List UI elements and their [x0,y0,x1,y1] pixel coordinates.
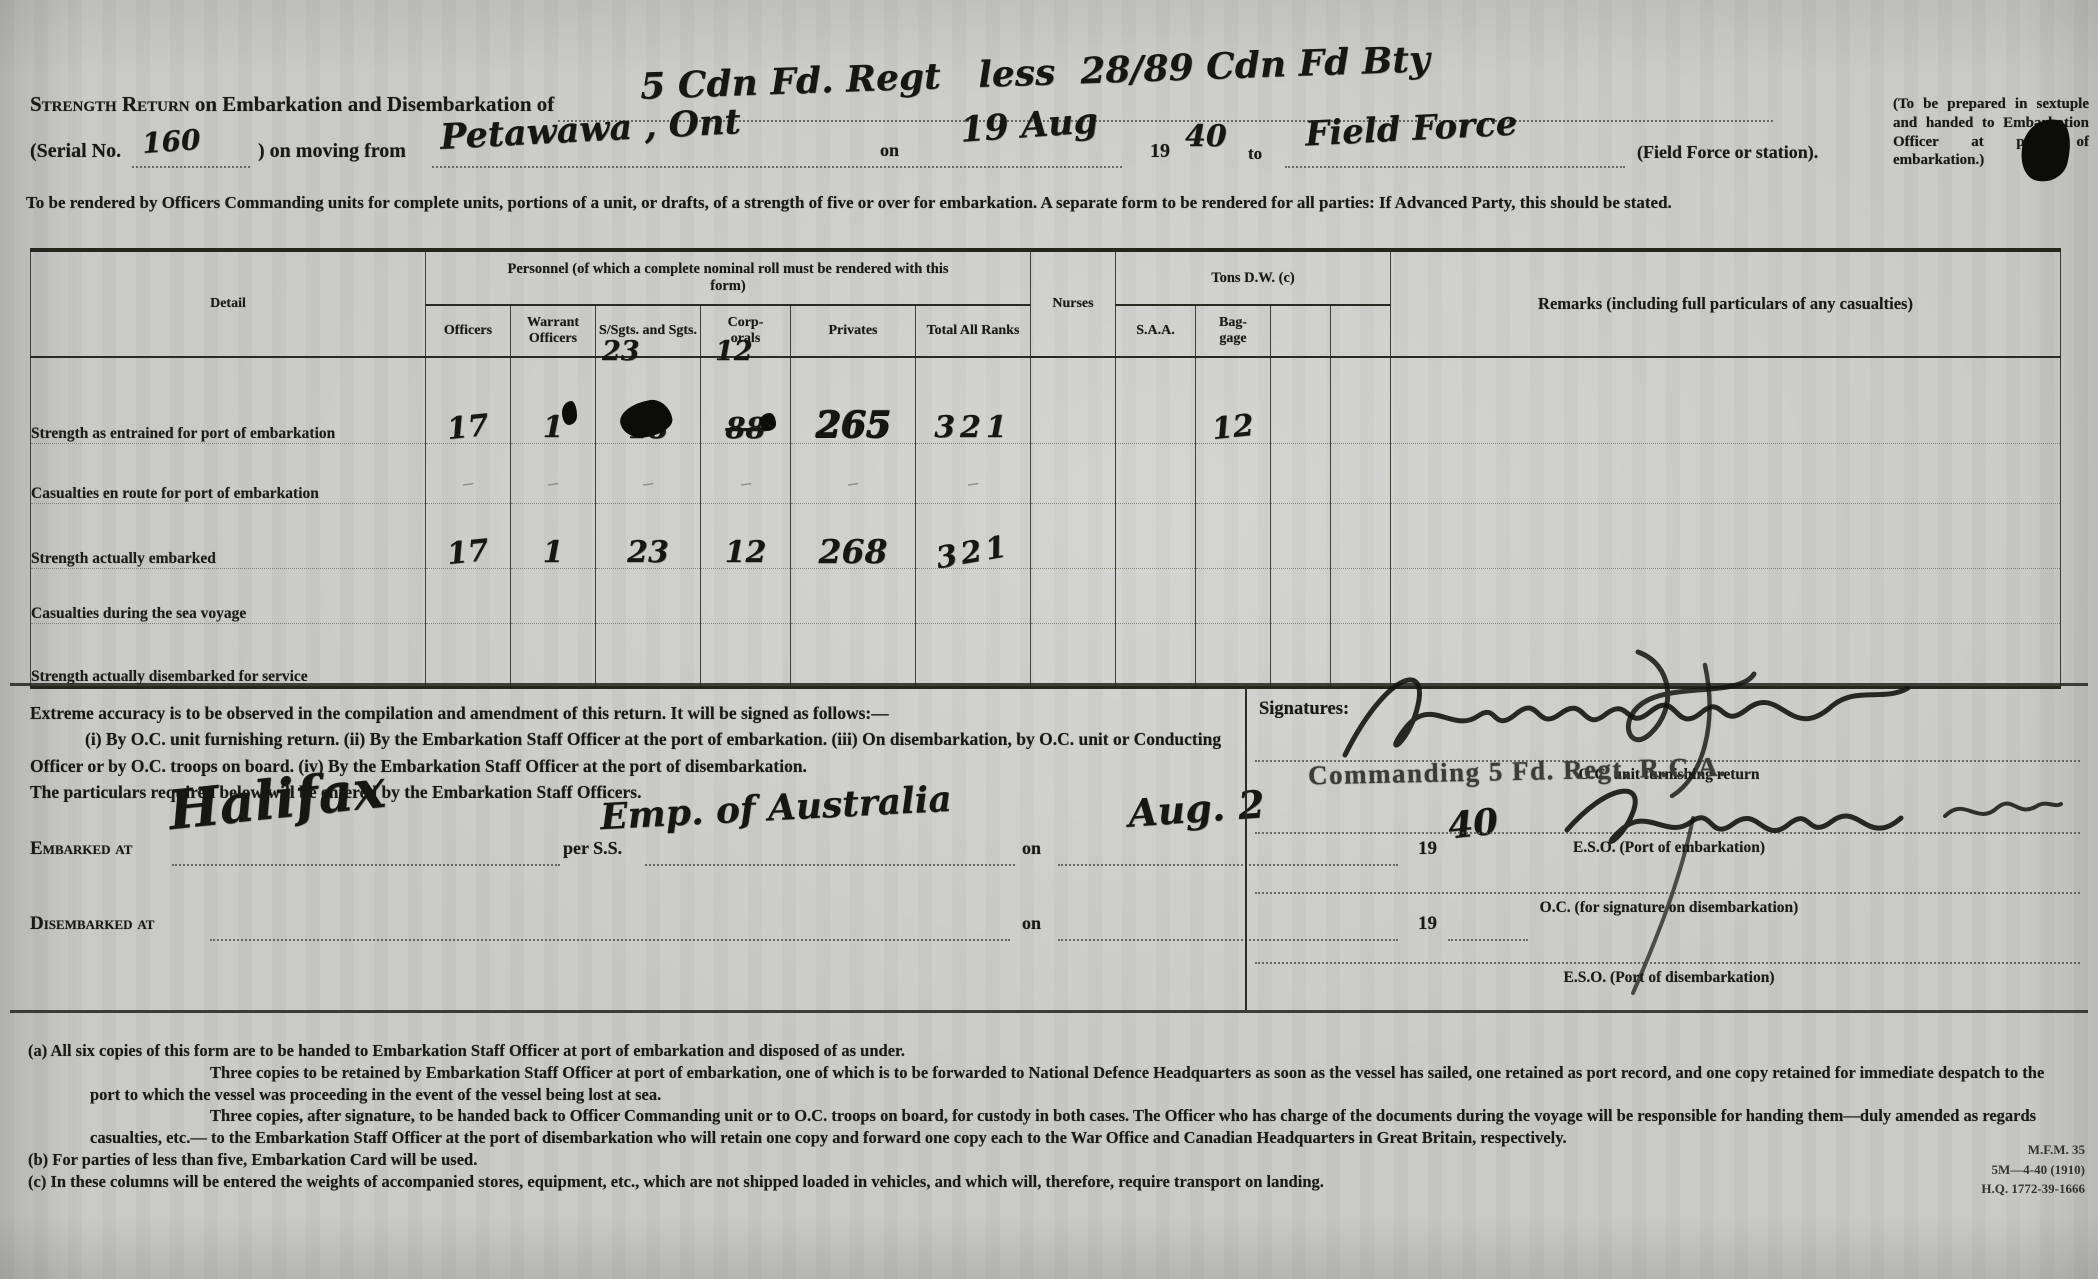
field-force-or-station-note: (Field Force or station). [1637,142,1818,163]
accuracy-line1: Extreme accuracy is to be observed in th… [30,700,1225,726]
cell-saa [1116,503,1196,568]
footnotes: (a) All six copies of this form are to b… [28,1040,2073,1192]
cell-warrant: 1 [511,503,596,568]
cell-baggage [1196,623,1271,687]
cell-nurses [1031,623,1116,687]
ink-blot-warrant [562,401,577,425]
cell-privates: – [791,443,916,503]
col-header-remarks: Remarks (including full particulars of a… [1391,250,2061,357]
cell-total: – [916,443,1031,503]
cell-blank-2 [1331,443,1391,503]
cell-privates [791,568,916,623]
cell-total [916,623,1031,687]
form-title: Strength Return on Embarkation and Disem… [30,92,554,117]
destination-handwriting: Field Force [1304,106,1518,151]
serial-handwriting: 160 [141,126,201,158]
cell-corporals [701,568,791,623]
cell-officers: – [426,443,511,503]
cell-corporals: 12 [701,503,791,568]
row-label: Casualties en route for port of embarkat… [31,443,426,503]
note-b: (b) For parties of less than five, Embar… [28,1149,2073,1171]
fill-line-embarked-at [172,864,560,866]
table-row-embarked: Strength actually embarked 17 1 23 12 26… [31,503,2061,568]
table-row-casualties-en-route: Casualties en route for port of embarkat… [31,443,2061,503]
crossed-out-value: 88 [725,411,765,445]
fill-line-from [432,166,1122,168]
table-row-casualties-sea-voyage: Casualties during the sea voyage [31,568,2061,623]
cell-privates: 268 [791,503,916,568]
cell-baggage [1196,568,1271,623]
cell-ssgts: 23 [596,503,701,568]
col-header-officers: Officers [426,305,511,357]
strength-table: Detail Personnel (of which a complete no… [30,248,2061,689]
cell-warrant [511,623,596,687]
embarked-at-label: Embarked at [30,838,132,860]
fill-line-disembarked-at [210,939,1010,941]
cell-officers: 17 [426,503,511,568]
cell-corporals [701,623,791,687]
cell-ssgts: 23 18 [596,357,701,443]
cell-officers: 17 [426,357,511,443]
strength-return-form: Strength Return on Embarkation and Disem… [0,0,2098,1279]
cell-corporals: – [701,443,791,503]
cell-warrant [511,568,596,623]
col-header-warrant-officers: Warrant Officers [511,305,596,357]
form-title-rest: on Embarkation and Disembarkation of [195,92,554,116]
cell-blank-2 [1331,357,1391,443]
signature-line-oc2 [1255,892,2080,894]
cell-nurses [1031,568,1116,623]
cell-blank-1 [1271,357,1331,443]
cell-saa [1116,443,1196,503]
cell-saa [1116,568,1196,623]
cell-ssgts: – [596,443,701,503]
rule-above-notes [10,1010,2088,1013]
cell-nurses [1031,503,1116,568]
cell-warrant: 1 [511,357,596,443]
strength-table-wrap: Detail Personnel (of which a complete no… [30,248,2061,689]
table-row-entrained: Strength as entrained for port of embark… [31,357,2061,443]
corrected-value: 12 [715,338,753,365]
serial-label: (Serial No. [30,140,121,163]
on-label: on [880,140,899,161]
note-a2: Three copies, after signature, to be han… [28,1105,2073,1149]
form-title-strength-return: Strength Return [30,92,190,116]
cell-remarks [1391,568,2061,623]
cell-privates: 265 [791,357,916,443]
cell-corporals: 12 88 [701,357,791,443]
row-label: Strength actually embarked [31,503,426,568]
cell-total: 321 [916,503,1031,568]
unit-handwriting: 5 Cdn Fd. Regt less 28/89 Cdn Fd Bty [640,41,1431,105]
col-header-baggage: Bag- gage [1196,305,1271,357]
moving-from-label: ) on moving from [258,140,406,163]
cell-ssgts [596,623,701,687]
col-header-tons-group: Tons D.W. (c) [1116,250,1391,305]
cell-privates [791,623,916,687]
cell-nurses [1031,443,1116,503]
signature-line-eso2 [1255,962,2080,964]
note-a1: Three copies to be retained by Embarkati… [28,1062,2073,1106]
cell-ssgts [596,568,701,623]
col-header-blank-2 [1331,305,1391,357]
cell-total: 321 [916,357,1031,443]
cell-blank-1 [1271,503,1331,568]
cell-remarks [1391,503,2061,568]
cell-baggage [1196,503,1271,568]
col-header-nurses: Nurses [1031,250,1116,357]
render-instructions: To be rendered by Officers Commanding un… [26,192,1856,215]
form-ref-2: 5M—4-40 (1910) [1900,1160,2085,1180]
cell-nurses [1031,357,1116,443]
row-label: Strength actually disembarked for servic… [31,623,426,687]
cell-warrant: – [511,443,596,503]
cell-baggage [1196,443,1271,503]
oc-disembarkation-label: O.C. (for signature on disembarkation) [1255,899,2083,917]
corrected-value: 23 [602,338,640,365]
cell-remarks [1391,443,2061,503]
cell-blank-1 [1271,443,1331,503]
cell-baggage: 12 [1196,357,1271,443]
date-handwriting: 19 Aug [959,103,1099,148]
on-label-disembark: on [1022,913,1041,934]
form-reference-numbers: M.F.M. 35 5M—4-40 (1910) H.Q. 1772-39-16… [1900,1140,2085,1199]
ink-blot-corporals [760,413,776,431]
col-header-total-all-ranks: Total All Ranks [916,305,1031,357]
disembarked-at-label: Disembarked at [30,913,154,935]
to-label: to [1248,144,1262,164]
cell-saa [1116,623,1196,687]
cell-total [916,568,1031,623]
col-header-personnel-group: Personnel (of which a complete nominal r… [426,250,1031,305]
cell-blank-2 [1331,568,1391,623]
year-prefix: 19 [1150,140,1170,163]
note-a: (a) All six copies of this form are to b… [28,1040,2073,1062]
year-handwriting: 40 [1185,122,1227,152]
eso-port-disembarkation-label: E.S.O. (Port of disembarkation) [1255,969,2083,987]
cell-officers [426,568,511,623]
per-ss-label: per S.S. [563,838,622,859]
col-header-privates: Privates [791,305,916,357]
col-header-blank-1 [1271,305,1331,357]
form-ref-1: M.F.M. 35 [1900,1140,2085,1160]
note-c: (c) In these columns will be entered the… [28,1171,2073,1193]
cell-remarks [1391,357,2061,443]
row-label: Casualties during the sea voyage [31,568,426,623]
cell-saa [1116,357,1196,443]
row-label: Strength as entrained for port of embark… [31,357,426,443]
col-header-saa: S.A.A. [1116,305,1196,357]
fill-line-dest [1285,166,1625,168]
accuracy-line2: (i) By O.C. unit furnishing return. (ii)… [30,726,1225,779]
fill-line-ship [645,864,1015,866]
fill-line-serial [132,166,250,168]
col-header-detail: Detail [31,250,426,357]
cell-officers [426,623,511,687]
cell-blank-2 [1331,503,1391,568]
cell-blank-1 [1271,568,1331,623]
form-ref-3: H.Q. 1772-39-1666 [1900,1179,2085,1199]
on-label-embark: on [1022,838,1041,859]
